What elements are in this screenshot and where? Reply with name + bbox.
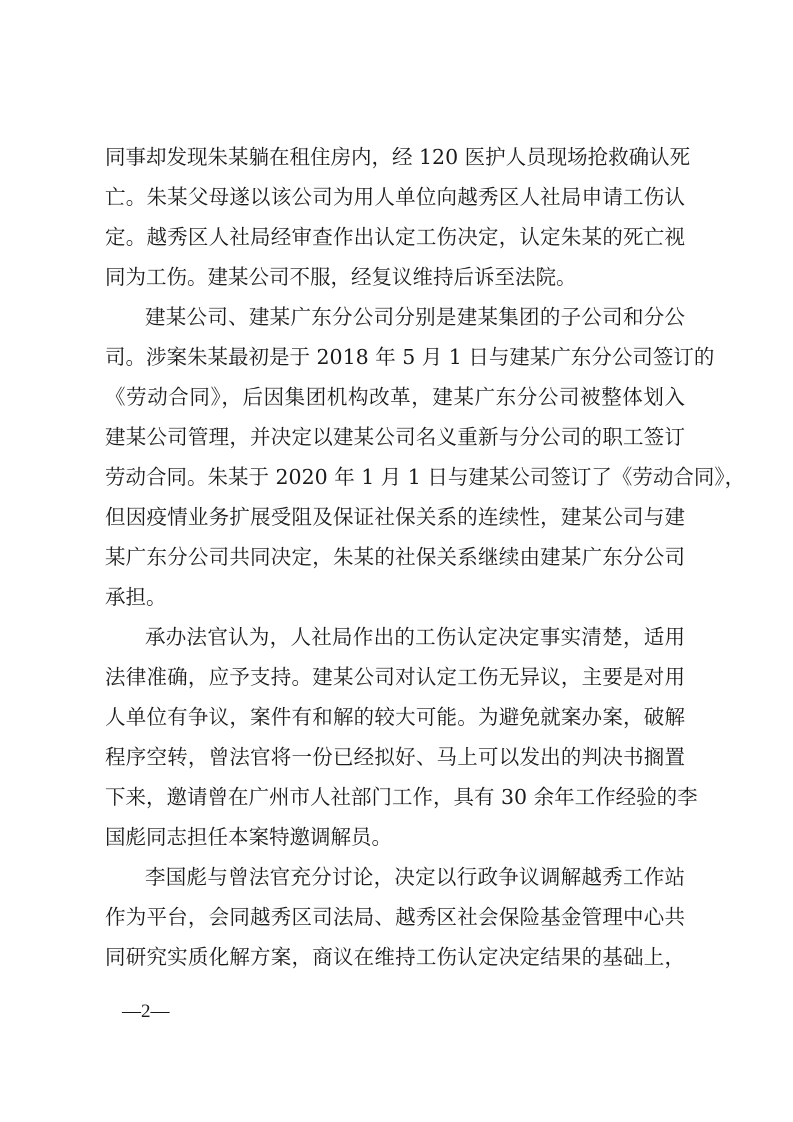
paragraph-3-line-2: 法律准确，应予支持。建某公司对认定工伤无异议，主要是对用 bbox=[105, 664, 685, 690]
paragraph-4-line-3: 同研究实质化解方案，商议在维持工伤认定决定结果的基础上， bbox=[105, 944, 685, 970]
paragraph-2-line-3: 《劳动合同》，后因集团机构改革，建某广东分公司被整体划入 bbox=[105, 384, 685, 410]
paragraph-3-line-3: 人单位有争议，案件有和解的较大可能。为避免就案办案，破解 bbox=[105, 704, 685, 730]
paragraph-2-line-6: 但因疫情业务扩展受阻及保证社保关系的连续性，建某公司与建 bbox=[105, 504, 685, 530]
paragraph-1-line-1: 同事却发现朱某躺在租住房内，经 120 医护人员现场抢救确认死 bbox=[105, 144, 685, 170]
paragraph-3-line-5: 下来，邀请曾在广州市人社部门工作，具有 30 余年工作经验的李 bbox=[105, 784, 685, 810]
paragraph-2-line-2: 司。涉案朱某最初是于 2018 年 5 月 1 日与建某广东分公司签订的 bbox=[105, 344, 685, 370]
paragraph-4-line-1: 李国彪与曾法官充分讨论，决定以行政争议调解越秀工作站 bbox=[145, 864, 685, 890]
paragraph-1-line-4: 同为工伤。建某公司不服，经复议维持后诉至法院。 bbox=[105, 264, 685, 290]
paragraph-2-line-5: 劳动合同。朱某于 2020 年 1 月 1 日与建某公司签订了《劳动合同》， bbox=[105, 464, 685, 490]
paragraph-2-line-8: 承担。 bbox=[105, 584, 685, 610]
paragraph-1-line-3: 定。越秀区人社局经审查作出认定工伤决定，认定朱某的死亡视 bbox=[105, 224, 685, 250]
paragraph-2-line-1: 建某公司、建某广东分公司分别是建某集团的子公司和分公 bbox=[145, 304, 685, 330]
page-number: —2— bbox=[122, 1000, 170, 1024]
document-page: 同事却发现朱某躺在租住房内，经 120 医护人员现场抢救确认死 亡。朱某父母遂以… bbox=[0, 0, 793, 1122]
paragraph-4-line-2: 作为平台，会同越秀区司法局、越秀区社会保险基金管理中心共 bbox=[105, 904, 685, 930]
paragraph-2-line-4: 建某公司管理，并决定以建某公司名义重新与分公司的职工签订 bbox=[105, 424, 685, 450]
paragraph-3-line-4: 程序空转，曾法官将一份已经拟好、马上可以发出的判决书搁置 bbox=[105, 744, 685, 770]
paragraph-3-line-6: 国彪同志担任本案特邀调解员。 bbox=[105, 824, 685, 850]
paragraph-1-line-2: 亡。朱某父母遂以该公司为用人单位向越秀区人社局申请工伤认 bbox=[105, 184, 685, 210]
paragraph-3-line-1: 承办法官认为，人社局作出的工伤认定决定事实清楚，适用 bbox=[145, 624, 685, 650]
paragraph-2-line-7: 某广东分公司共同决定，朱某的社保关系继续由建某广东分公司 bbox=[105, 544, 685, 570]
